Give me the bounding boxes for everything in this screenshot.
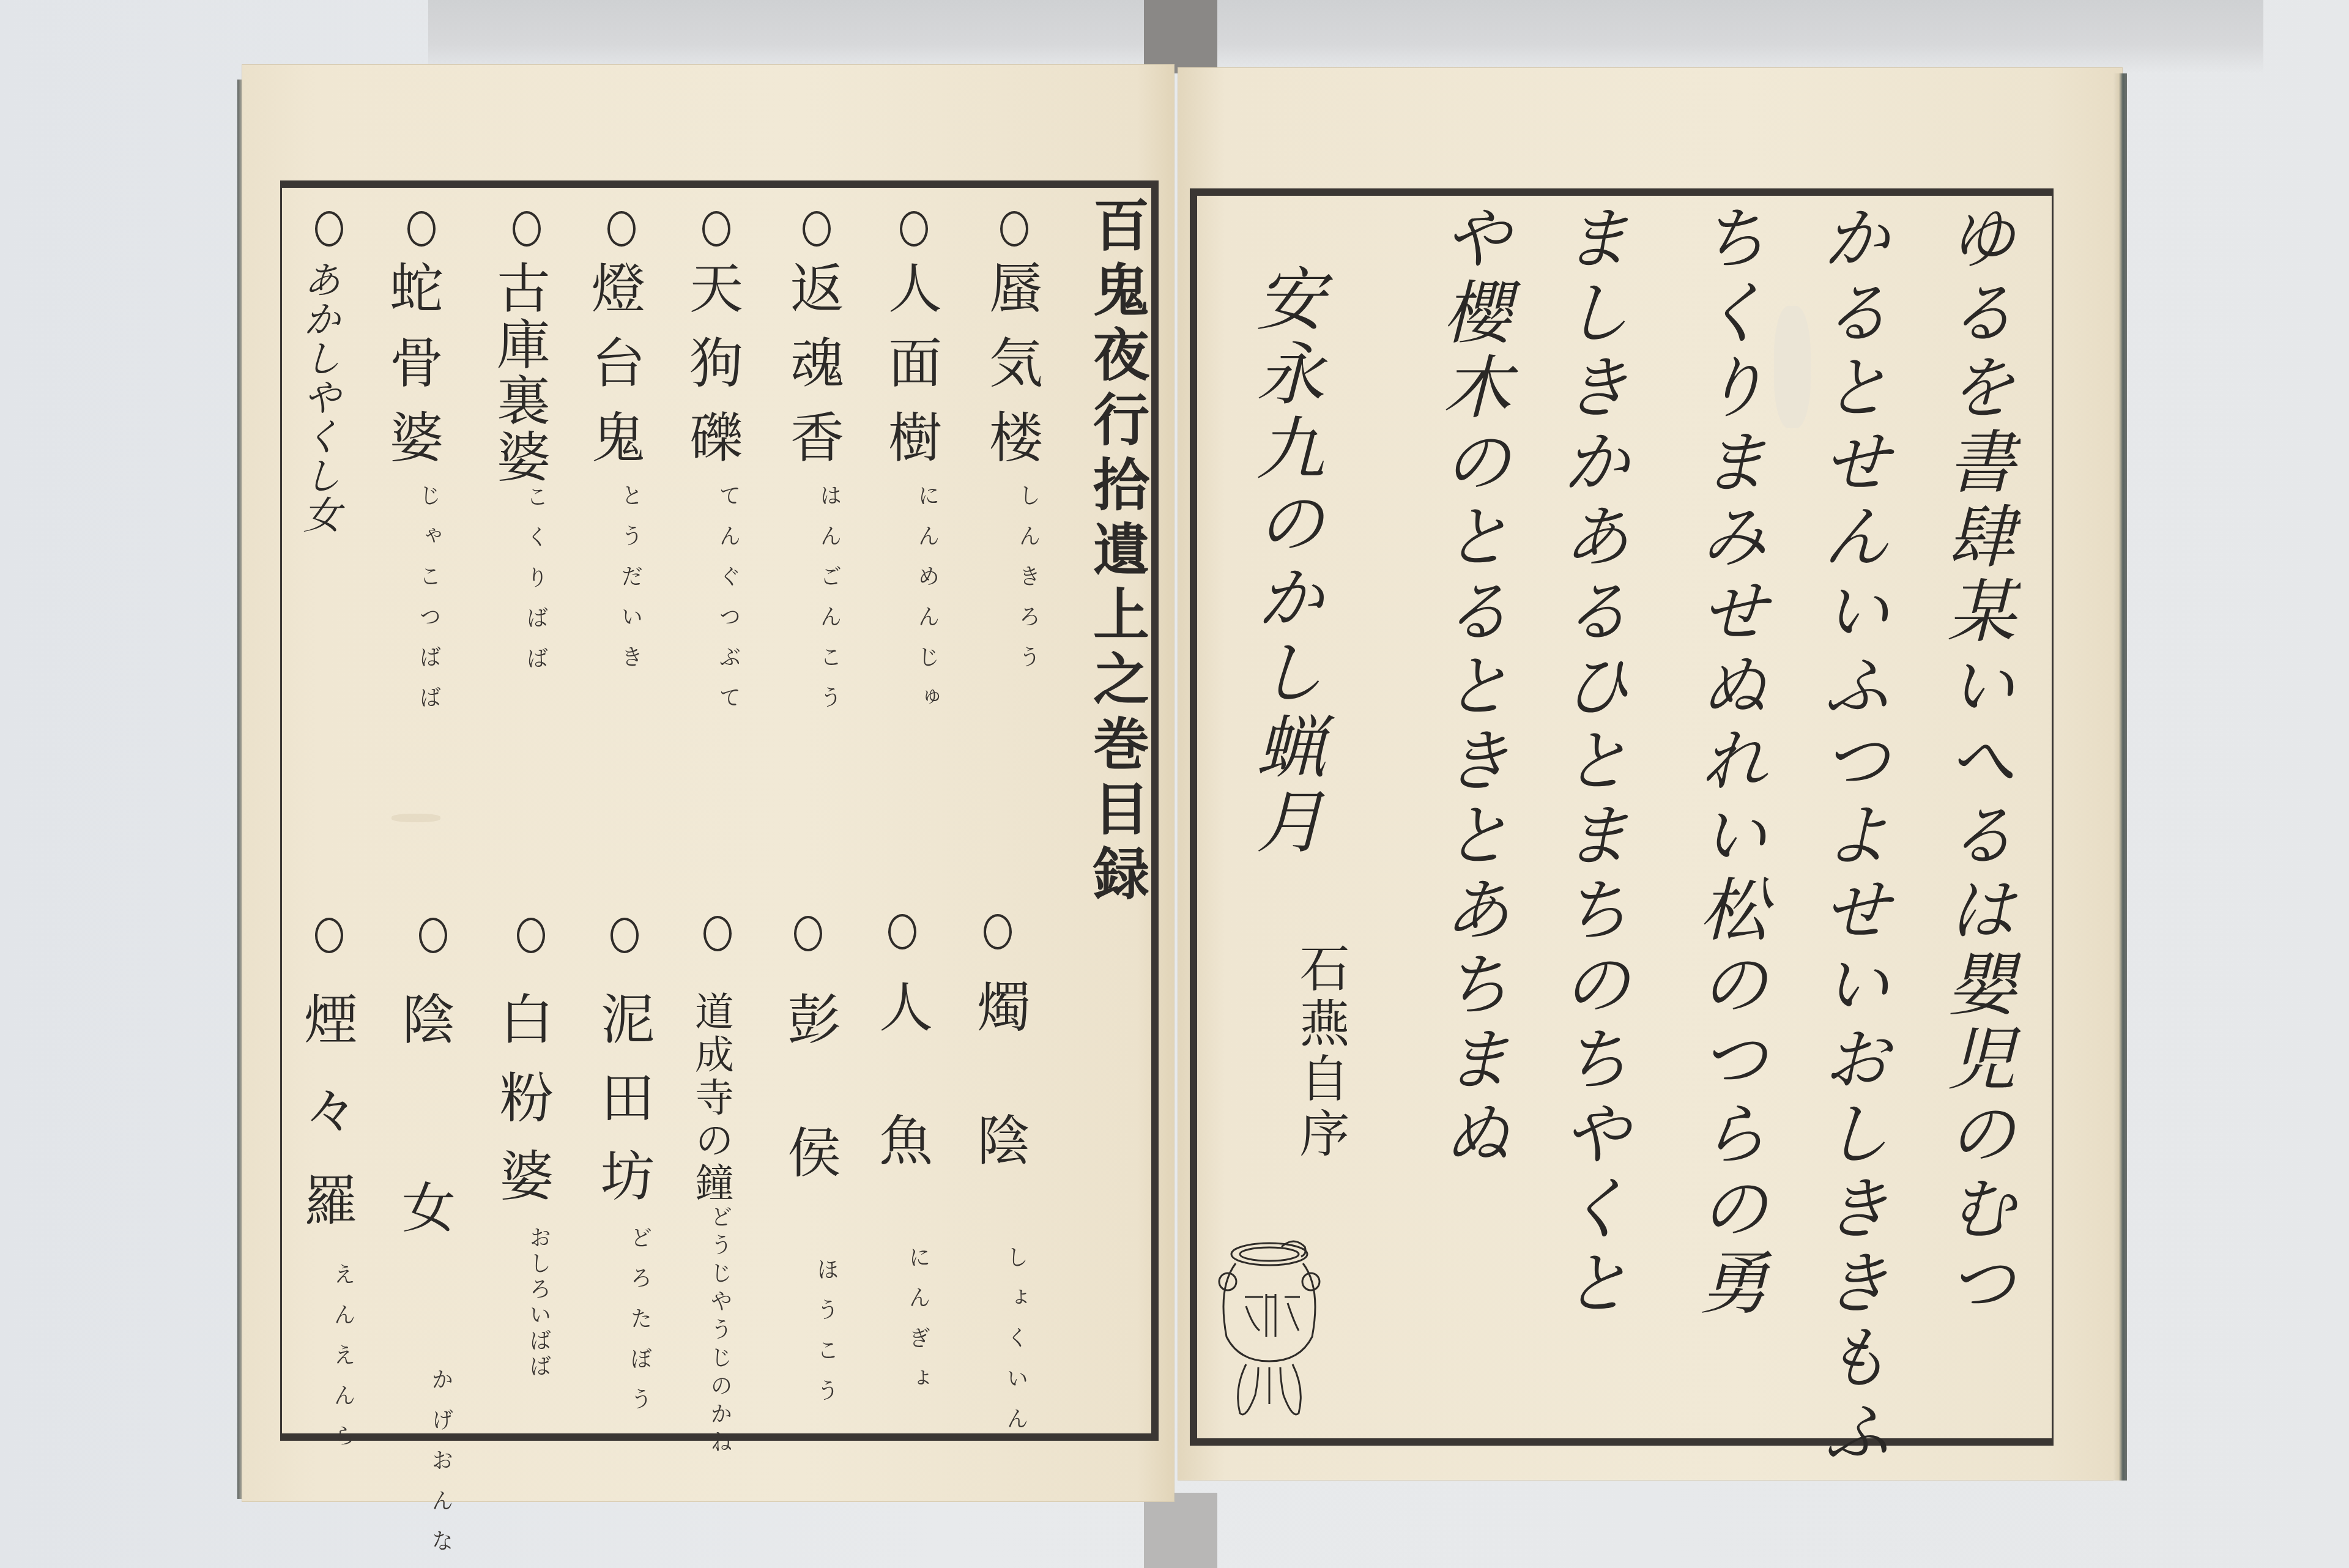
entry-name: 白粉婆 [495, 991, 549, 1226]
toc-entry: どうじやうじのかね 道成寺の鐘 [691, 991, 730, 1458]
toc-entry: じゃこつばば 蛇骨婆 [385, 260, 439, 726]
toc-entry: おしろいばば 白粉婆 [495, 991, 549, 1380]
circle-marker [803, 211, 831, 247]
circle-marker [610, 918, 639, 953]
entry-name: 天狗礫 [685, 260, 739, 484]
spine-gap-top [1144, 0, 1217, 73]
entry-name: 燭陰 [973, 979, 1026, 1246]
book-edge-right [2113, 73, 2127, 1481]
preface-column: ちくりまみせぬれい松のつらの勇 [1679, 202, 1778, 1321]
entry-name: あかしやくし女 [300, 260, 338, 534]
entry-reading: こくりばば [524, 485, 546, 687]
circle-marker [984, 914, 1012, 949]
background-shadow [428, 0, 2263, 73]
circle-marker [315, 211, 343, 247]
author-signature: 石燕自序 [1285, 942, 1356, 1162]
preface-column: ましきかあるひとまちのちやくと [1542, 202, 1640, 1321]
spine-gap-bottom [1144, 1493, 1217, 1568]
entry-name: 燈台鬼 [587, 260, 641, 484]
entry-name: 古庫裏婆 [492, 260, 546, 485]
circle-marker [702, 211, 730, 247]
toc-entry: かげおんな 陰女 [398, 991, 451, 1568]
entry-reading: にんぎょ [907, 1246, 929, 1407]
entry-name: 泥田坊 [596, 991, 650, 1226]
toc-entry: えんえんら 煙々羅 [300, 991, 354, 1465]
entry-name: 人魚 [875, 979, 929, 1246]
preface-column: ゆるを書肆某いへるは嬰児のむつ [1927, 202, 2025, 1321]
entry-reading: とうだいき [619, 484, 641, 686]
entry-reading: ほうこう [815, 1258, 837, 1419]
entry-name: 人面樹 [884, 260, 938, 484]
entry-name: 道成寺の鐘 [691, 991, 730, 1205]
entry-reading: はんごんこう [818, 484, 840, 726]
preface-column: かるとせんいふつよせいおしききもふ [1802, 202, 1900, 1471]
toc-entry: ほうこう 彭侯 [783, 991, 837, 1419]
circle-marker [517, 918, 545, 953]
entry-reading: しんきろう [1017, 484, 1039, 686]
entry-reading: どろたぼう [628, 1226, 650, 1428]
entry-reading: にんめんじゅ [916, 484, 938, 726]
entry-reading: どうじやうじのかね [708, 1205, 730, 1458]
toc-entry: しんきろう 蜃気楼 [985, 260, 1039, 686]
circle-marker [407, 211, 436, 247]
entry-name: 陰女 [398, 991, 451, 1368]
circle-marker [419, 918, 447, 953]
entry-reading: じゃこつばば [417, 484, 439, 726]
toc-entry: あかしやくし女 [300, 260, 338, 534]
circle-marker [1000, 211, 1028, 247]
entry-name: 蛇骨婆 [385, 260, 439, 484]
entry-reading: てんぐつぶて [717, 484, 739, 726]
toc-entry: にんめんじゅ 人面樹 [884, 260, 938, 726]
toc-entry: しょくいん 燭陰 [973, 979, 1026, 1447]
entry-name: 煙々羅 [300, 991, 354, 1263]
circle-marker [888, 914, 916, 949]
toc-entry: とうだいき 燈台鬼 [587, 260, 641, 686]
circle-marker [794, 916, 822, 951]
toc-entry: どろたぼう 泥田坊 [596, 991, 650, 1428]
entry-name: 返魂香 [786, 260, 840, 484]
preface-column: や櫻木のとるときとあちまぬ [1422, 202, 1521, 1172]
entry-reading: かげおんな [429, 1368, 451, 1568]
entry-name: 彭侯 [783, 991, 837, 1258]
circle-marker [315, 918, 343, 953]
tripod-vessel-seal-icon [1208, 1230, 1330, 1419]
circle-marker [513, 211, 541, 247]
entry-reading: しょくいん [1004, 1246, 1026, 1447]
preface-date-column: 安永九のかし蝋月 [1236, 263, 1334, 860]
toc-entry: はんごんこう 返魂香 [786, 260, 840, 726]
circle-marker [900, 211, 928, 247]
entry-reading: おしろいばば [527, 1226, 549, 1380]
circle-marker [607, 211, 636, 247]
paper-stain [391, 814, 440, 822]
circle-marker [703, 916, 732, 951]
toc-entry: にんぎょ 人魚 [875, 979, 929, 1407]
entry-name: 蜃気楼 [985, 260, 1039, 484]
toc-entry: てんぐつぶて 天狗礫 [685, 260, 739, 726]
contents-title: 百鬼夜行拾遺上之巻目録 [1077, 196, 1157, 909]
toc-entry: こくりばば 古庫裏婆 [492, 260, 546, 687]
entry-reading: えんえんら [332, 1263, 354, 1465]
